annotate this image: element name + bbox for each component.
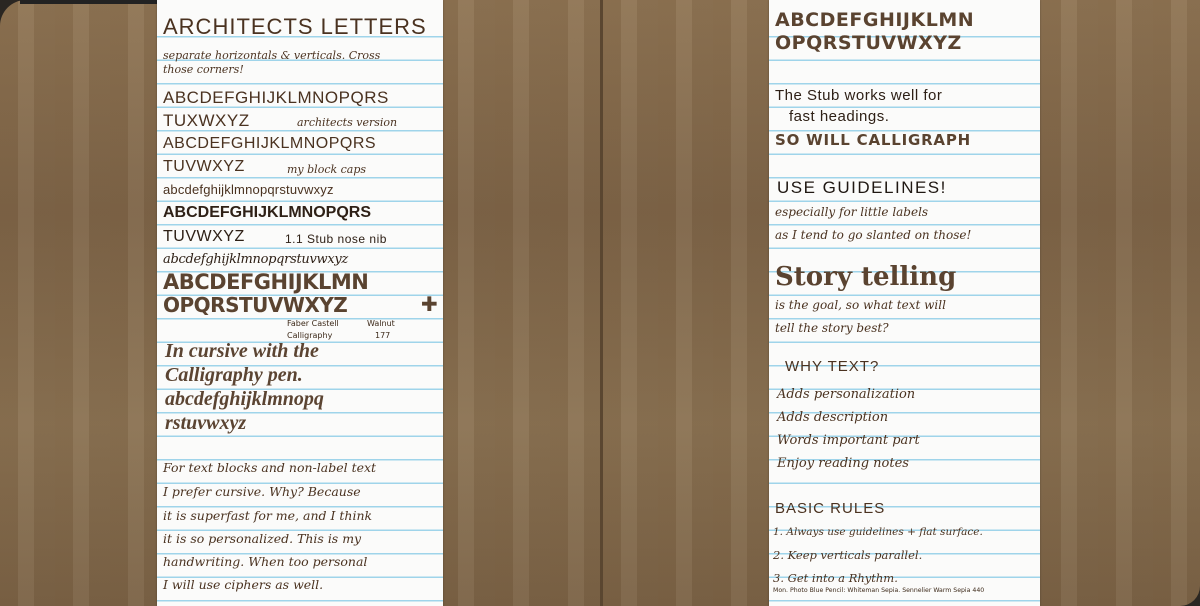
block-label: my block caps <box>287 163 366 176</box>
ink-label: 177 <box>375 331 390 340</box>
cross-mark-icon: ✚ <box>421 292 438 316</box>
paragraph-line: I prefer cursive. Why? Because <box>163 484 361 499</box>
stub-note: fast headings. <box>789 108 889 125</box>
cursive-line: rstuvwxyz <box>165 412 246 435</box>
calligraphy-note: SO WILL CALLIGRAPH <box>775 131 971 149</box>
rule-item: 3. Get into a Rhythm. <box>773 571 898 585</box>
block-alphabet-1: ABCDEFGHIJKLMNOPQRS <box>163 135 376 153</box>
paragraph-line: handwriting. When too personal <box>163 554 367 569</box>
paragraph-line: I will use ciphers as well. <box>163 577 323 592</box>
why-heading: WHY TEXT? <box>785 358 879 375</box>
notebook-spread: ARCHITECTS LETTERS separate horizontals … <box>0 0 1200 606</box>
right-index-card: ABCDEFGHIJKLMN OPQRSTUVWXYZ The Stub wor… <box>769 0 1040 606</box>
paragraph-line: it is superfast for me, and I think <box>163 508 372 523</box>
why-item: Adds personalization <box>777 387 915 402</box>
cursive-line: abcdefghijklmnopq <box>165 388 324 411</box>
paragraph-line: For text blocks and non-label text <box>163 460 376 475</box>
stub-lowercase: abcdefghijklmnopqrstuvwxyz <box>163 252 348 267</box>
note-line: separate horizontals & verticals. Cross <box>163 49 380 62</box>
stub-label: 1.1 Stub nose nib <box>285 232 387 246</box>
guidelines-note: as I tend to go slanted on those! <box>775 228 971 242</box>
why-item: Words important part <box>777 433 920 448</box>
rule-item: 2. Keep verticals parallel. <box>773 548 922 562</box>
calligraphy-alphabet-1: ABCDEFGHIJKLMN <box>163 270 368 294</box>
rules-heading: BASIC RULES <box>775 500 885 517</box>
story-heading: Story telling <box>775 262 956 292</box>
rule-item: 1. Always use guidelines + flat surface. <box>773 526 983 538</box>
pen-label: Calligraphy <box>287 331 332 340</box>
story-note: is the goal, so what text will <box>775 298 946 312</box>
stub-alphabet-1: ABCDEFGHIJKLMNOPQRS <box>163 204 371 222</box>
cursive-line: Calligraphy pen. <box>165 364 303 387</box>
note-line: those corners! <box>163 63 244 76</box>
guidelines-note: especially for little labels <box>775 205 928 219</box>
stub-heading-alphabet-2: OPQRSTUVWXYZ <box>775 32 962 54</box>
stub-note: The Stub works well for <box>775 87 942 104</box>
pen-label: Faber Castell <box>287 319 339 328</box>
architect-alphabet-2: TUXWXYZ <box>163 111 250 131</box>
ink-label: Walnut <box>367 319 395 328</box>
story-note: tell the story best? <box>775 321 889 335</box>
why-item: Adds description <box>777 410 888 425</box>
guidelines-heading: USE GUIDELINES! <box>777 178 947 198</box>
why-item: Enjoy reading notes <box>777 456 909 471</box>
block-lowercase: abcdefghijklmnopqrstuvwxyz <box>163 182 334 197</box>
scan-edge <box>20 0 170 4</box>
paragraph-line: it is so personalized. This is my <box>163 531 361 546</box>
card-title: ARCHITECTS LETTERS <box>163 14 427 40</box>
architect-label: architects version <box>297 116 397 129</box>
architect-alphabet-1: ABCDEFGHIJKLMNOPQRS <box>163 88 389 108</box>
materials-footer: Mon. Photo Blue Pencil: Whiteman Sepia. … <box>773 587 984 594</box>
left-index-card: ARCHITECTS LETTERS separate horizontals … <box>157 0 443 606</box>
calligraphy-alphabet-2: OPQRSTUVWXYZ <box>163 293 347 317</box>
stub-heading-alphabet-1: ABCDEFGHIJKLMN <box>775 9 974 31</box>
block-alphabet-2: TUVWXYZ <box>163 158 245 176</box>
cursive-line: In cursive with the <box>165 340 319 363</box>
stub-alphabet-2: TUVWXYZ <box>163 228 245 246</box>
